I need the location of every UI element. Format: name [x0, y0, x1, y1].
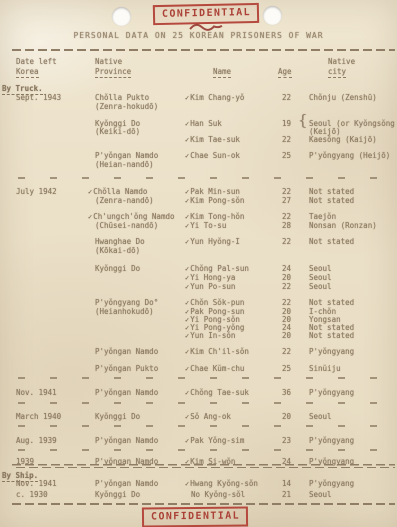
- row-age: 27: [282, 196, 291, 205]
- row-city: Not stated: [309, 237, 354, 246]
- punch-hole-left: [112, 7, 131, 26]
- row-province: Chŏlla Pukto: [95, 93, 149, 102]
- row-province: P'yŏngan Namdo: [95, 388, 158, 397]
- table-row: ✓Kim Tae-suk22Kaesŏng (Kaijō): [0, 135, 397, 145]
- row-province: (Chūsei-nandō): [95, 221, 158, 230]
- check-icon: ✓: [88, 188, 92, 196]
- confidential-stamp-top-text: CONFIDENTIAL: [162, 7, 251, 20]
- row-name: ✓Sŏ Ang-ok: [185, 412, 231, 422]
- row-age: 14: [282, 479, 291, 488]
- row-province: P'yŏngan Pukto: [95, 364, 158, 373]
- table-row: (Kōkai-dō): [0, 246, 397, 256]
- row-province: (Heian-nandō): [95, 160, 154, 169]
- row-age: 24: [282, 264, 291, 273]
- col-header-city-2: city: [328, 67, 346, 78]
- row-name: ✓Yun In-sŏn: [185, 331, 235, 341]
- row-age: 22: [282, 347, 291, 356]
- check-icon: ✓: [185, 152, 189, 160]
- row-age: 28: [282, 221, 291, 230]
- row-date: March 1940: [16, 412, 61, 421]
- row-name: ✓Chae Kŭm-chu: [185, 364, 244, 374]
- row-date: c. 1930: [16, 490, 48, 499]
- separator-dashes: [18, 402, 387, 404]
- row-city: P'yŏngyang: [309, 388, 354, 397]
- separator-dashes: [18, 177, 387, 179]
- row-name: ✓Yun Po-sun: [185, 282, 235, 292]
- col-header-age: Age: [278, 67, 292, 78]
- row-city: Seoul: [309, 264, 332, 273]
- row-province: P'yŏngan Namdo: [95, 151, 158, 160]
- table-row: (Heian-nandō): [0, 160, 397, 170]
- brace-mark: {: [298, 116, 308, 125]
- table-row: c. 1930Kyŏnggi DoNo Kyŏng-sŏl21Seoul: [0, 490, 397, 500]
- title-rule: [12, 49, 395, 51]
- separator-dashes: [18, 449, 387, 451]
- row-age: 36: [282, 388, 291, 397]
- row-city: Taejŏn: [309, 212, 336, 221]
- confidential-stamp-bottom-text: CONFIDENTIAL: [151, 511, 240, 523]
- row-age: 20: [282, 412, 291, 421]
- row-age: 23: [282, 436, 291, 445]
- row-city: Seoul: [309, 282, 332, 291]
- separator-dashes: [18, 425, 387, 427]
- table-row: ✓Yun In-sŏn20Not stated: [0, 331, 397, 341]
- row-age: 21: [282, 490, 291, 499]
- document-title: PERSONAL DATA ON 25 KOREAN PRISONERS OF …: [0, 31, 397, 40]
- row-date: Nov. 1941: [16, 388, 57, 397]
- row-city: P'yŏngyang: [309, 436, 354, 445]
- col-header-name: Name: [213, 67, 231, 78]
- row-city: Sinŭiju: [309, 364, 341, 373]
- check-icon: ✓: [185, 480, 189, 488]
- row-city: P'yŏngyang: [309, 347, 354, 356]
- row-province: (Zenra-nandō): [95, 196, 154, 205]
- check-icon: ✓: [185, 437, 189, 445]
- col-header-date-2: Korea: [16, 67, 39, 78]
- row-name: ✓Yi To-su: [185, 221, 226, 231]
- row-city: Not stated: [309, 196, 354, 205]
- check-icon: ✓: [185, 265, 189, 273]
- row-city: P'yŏngyang: [309, 479, 354, 488]
- check-icon: ✓: [185, 299, 189, 307]
- row-province: (Kōkai-dō): [95, 246, 140, 255]
- row-date: July 1942: [16, 187, 57, 196]
- check-icon: ✓: [185, 365, 189, 373]
- check-icon: ✓: [185, 222, 189, 230]
- check-icon: ✓: [185, 413, 189, 421]
- row-province: P'yŏngan Namdo: [95, 479, 158, 488]
- table-row: P'yŏngan Namdo✓Kim Ch'il-sŏn22P'yŏngyang: [0, 347, 397, 357]
- row-city: Not stated: [309, 331, 354, 340]
- table-row: ✓Yun Po-sun22Seoul: [0, 282, 397, 292]
- check-icon: ✓: [185, 94, 189, 102]
- document-page: CONFIDENTIAL PERSONAL DATA ON 25 KOREAN …: [0, 0, 397, 527]
- row-city: Seoul: [309, 412, 332, 421]
- row-date: Nov. 1941: [16, 479, 57, 488]
- check-icon: ✓: [185, 332, 189, 340]
- row-city: Chŏnju (Zenshū): [309, 93, 377, 102]
- row-province: Hwanghae Do: [95, 237, 145, 246]
- row-city: Nonsan (Ronzan): [309, 221, 377, 230]
- row-age: 25: [282, 151, 291, 160]
- row-age: 20: [282, 331, 291, 340]
- row-city: Kaesŏng (Kaijō): [309, 135, 377, 144]
- row-province: Kyŏnggi Do: [95, 264, 140, 273]
- row-province: P'yŏngan Namdo: [95, 347, 158, 356]
- row-age: 22: [282, 282, 291, 291]
- row-name: ✓Kim Pong-sŏn: [185, 196, 244, 206]
- check-icon: ✓: [185, 197, 189, 205]
- row-city: Seoul: [309, 490, 332, 499]
- row-age: 22: [282, 93, 291, 102]
- row-province: P'yŏngyang Do°: [95, 298, 158, 307]
- column-headers-line1: Date left Native Native: [0, 57, 397, 67]
- row-date: Aug. 1939: [16, 436, 57, 445]
- confidential-stamp-bottom: CONFIDENTIAL: [142, 506, 248, 527]
- col-header-province-2: Province: [95, 67, 131, 78]
- row-age: 22: [282, 298, 291, 307]
- separator-dashes: [18, 377, 387, 379]
- check-icon: ✓: [185, 238, 189, 246]
- rule-dashes: [12, 464, 395, 468]
- row-age: 22: [282, 237, 291, 246]
- row-age: 22: [282, 135, 291, 144]
- check-icon: ✓: [88, 213, 92, 221]
- row-age: 22: [282, 212, 291, 221]
- row-city: Not stated: [309, 298, 354, 307]
- table-row: Aug. 1939P'yŏngan Namdo✓Pak Yŏng-sim23P'…: [0, 436, 397, 446]
- row-name: ✓Pak Yŏng-sim: [185, 436, 244, 446]
- row-name: No Kyŏng-sŏl: [191, 490, 245, 499]
- row-province: Kyŏnggi Do: [95, 412, 140, 421]
- table-row: P'yŏngan Pukto✓Chae Kŭm-chu25Sinŭiju: [0, 364, 397, 374]
- table-row: (Chūsei-nandō)✓Yi To-su28Nonsan (Ronzan): [0, 221, 397, 231]
- row-province: P'yŏngan Namdo: [95, 436, 158, 445]
- row-date: Sept. 1943: [16, 93, 61, 102]
- row-name: ✓Hwang Kyŏng-sŏn: [185, 479, 258, 489]
- table-row: Nov. 1941P'yŏngan Namdo✓Chŏng Tae-suk36P…: [0, 388, 397, 398]
- row-age: 25: [282, 364, 291, 373]
- check-icon: ✓: [185, 213, 189, 221]
- table-row: (Zenra-nandō)✓Kim Pong-sŏn27Not stated: [0, 196, 397, 206]
- col-header-province-1: Native: [95, 57, 122, 66]
- row-province: (Zenra-hokudō): [95, 102, 158, 111]
- row-age: 22: [282, 187, 291, 196]
- check-icon: ✓: [185, 188, 189, 196]
- table-row: (Zenra-hokudō): [0, 102, 397, 112]
- check-icon: ✓: [185, 274, 189, 282]
- row-city: Seoul: [309, 273, 332, 282]
- row-name: ✓Chŏng Tae-suk: [185, 388, 249, 398]
- column-headers-line2: Korea Province Name Age city: [0, 67, 397, 77]
- row-province: Kyŏnggi Do: [95, 490, 140, 499]
- check-icon: ✓: [185, 389, 189, 397]
- row-name: ✓Kim Ch'il-sŏn: [185, 347, 249, 357]
- table-row: March 1940Kyŏnggi Do✓Sŏ Ang-ok20Seoul: [0, 412, 397, 422]
- col-header-city-1: Native: [328, 57, 355, 66]
- table-row: Nov. 1941P'yŏngan Namdo✓Hwang Kyŏng-sŏn1…: [0, 479, 397, 489]
- check-icon: ✓: [185, 348, 189, 356]
- row-city: P'yŏngyang (Heijō): [309, 151, 390, 160]
- row-name: ✓Kim Tae-suk: [185, 135, 240, 145]
- punch-hole-right: [263, 6, 282, 25]
- check-icon: ✓: [185, 136, 189, 144]
- col-header-date-1: Date left: [16, 57, 57, 66]
- row-age: 20: [282, 273, 291, 282]
- row-city: Not stated: [309, 187, 354, 196]
- rule-dashes: [12, 503, 395, 505]
- check-icon: ✓: [185, 283, 189, 291]
